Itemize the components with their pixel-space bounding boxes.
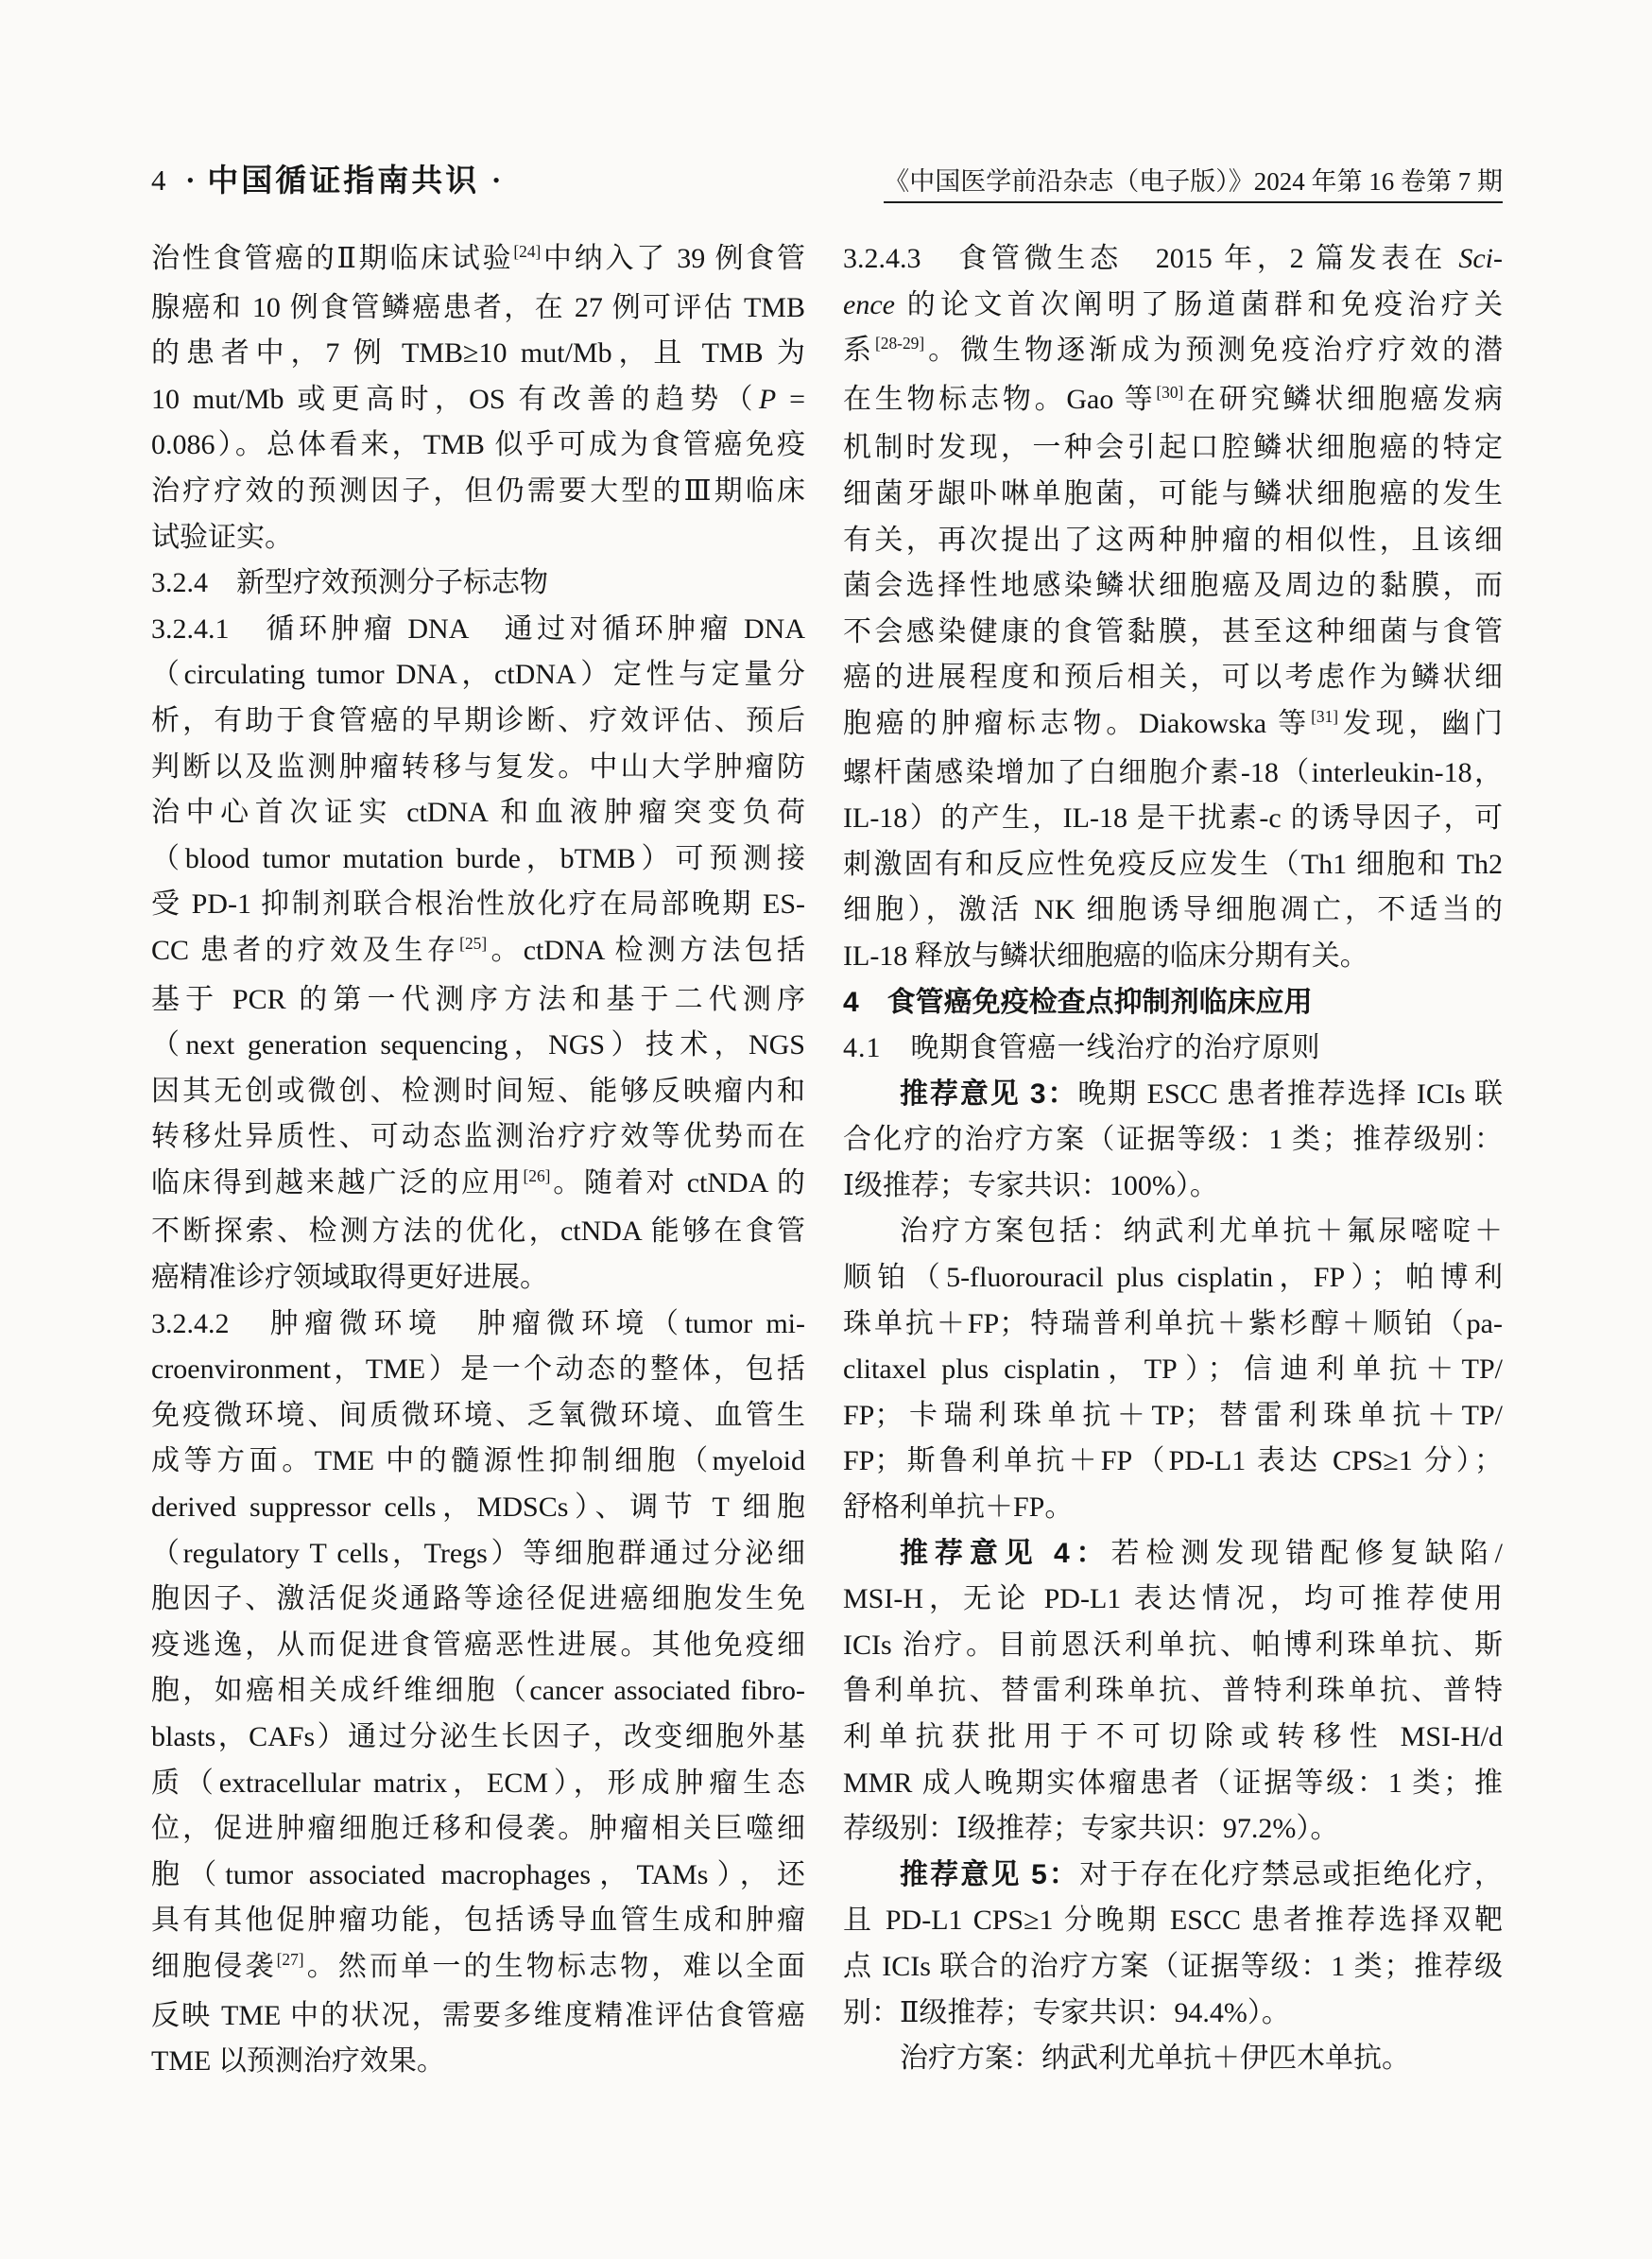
text-line: croenvironment，TME）是一个动态的整体，包括 [151, 1347, 805, 1393]
text-line: 胞（tumor associated macrophages，TAMs），还 [151, 1853, 805, 1899]
text-segment: 10 mut/Mb 或更高时，OS 有改善的趋势（ [151, 384, 759, 415]
text-segment: 若检测发现错配修复缺陷/ [1111, 1538, 1504, 1569]
text-segment: MSI-H，无论 PD-L1 表达情况，均可推荐使用 [843, 1583, 1503, 1614]
text-line: 试验证实。 [151, 515, 805, 561]
citation-superscript: [30] [1156, 383, 1183, 402]
text-line: 不会感染健康的食管黏膜，甚至这种细菌与食管 [843, 610, 1503, 656]
text-line: 质（extracellular matrix，ECM），形成肿瘤生态 [151, 1761, 805, 1807]
text-line: IL-18 释放与鳞状细胞癌的临床分期有关。 [843, 934, 1503, 980]
text-segment: 机制时发现，一种会引起口腔鳞状细胞癌的特定 [843, 432, 1503, 463]
text-line: IL-18）的产生，IL-18 是干扰素-c 的诱导因子，可 [843, 796, 1503, 842]
text-segment: 免疫微环境、间质微环境、乏氧微环境、血管生 [151, 1400, 805, 1431]
text-segment: 晚期 ESCC 患者推荐选择 ICIs 联 [1077, 1078, 1503, 1110]
text-segment: ICIs 治疗。目前恩沃利单抗、帕博利珠单抗、斯 [843, 1630, 1503, 1661]
text-line: CC 患者的疗效及生存[25]。ctDNA 检测方法包括 [151, 928, 805, 977]
text-segment: 且 PD-L1 CPS≥1 分晚期 ESCC 患者推荐选择双靶 [843, 1905, 1503, 1936]
bullet-icon: • [492, 168, 500, 193]
text-segment: FP；斯鲁利单抗＋FP（PD-L1 表达 CPS≥1 分）； [843, 1445, 1503, 1476]
citation-superscript: [28-29] [875, 334, 924, 353]
text-line: FP；斯鲁利单抗＋FP（PD-L1 表达 CPS≥1 分）； [843, 1439, 1503, 1485]
text-line: MMR 成人晚期实体瘤患者（证据等级：1 类；推 [843, 1761, 1503, 1807]
text-segment: （regulatory T cells，Tregs）等细胞群通过分泌细 [151, 1538, 805, 1569]
text-segment: 合化疗的治疗方案（证据等级：1 类；推荐级别： [843, 1124, 1503, 1155]
text-segment: 点 ICIs 联合的治疗方案（证据等级：1 类；推荐级 [843, 1951, 1503, 1982]
text-segment: blasts，CAFs）通过分泌生长因子，改变细胞外基 [151, 1721, 805, 1752]
citation-superscript: [25] [459, 934, 487, 953]
text-line: （blood tumor mutation burde，bTMB）可预测接 [151, 836, 805, 883]
text-segment: IL-18 释放与鳞状细胞癌的临床分期有关。 [843, 940, 1368, 972]
text-segment: 3.2.4 新型疗效预测分子标志物 [151, 567, 548, 598]
text-line: 合化疗的治疗方案（证据等级：1 类；推荐级别： [843, 1117, 1503, 1164]
text-segment: 胞癌的肿瘤标志物。Diakowska 等 [843, 708, 1311, 739]
section-heading: 4 食管癌免疫检查点抑制剂临床应用 [843, 980, 1503, 1026]
text-line: 胞，如癌相关成纤维细胞（cancer associated fibro- [151, 1668, 805, 1715]
journal-page: 4 • 中国循证指南共识 • 《中国医学前沿杂志（电子版）》2024 年第 16… [0, 0, 1652, 2259]
text-line: 舒格利单抗＋FP。 [843, 1485, 1503, 1531]
text-segment: 。随着对 ctNDA 的 [550, 1167, 805, 1198]
text-line: 的患者中，7 例 TMB≥10 mut/Mb，且 TMB 为 [151, 331, 805, 377]
text-segment: 。然而单一的生物标志物，难以全面 [304, 1951, 805, 1982]
left-column: 治性食管癌的Ⅱ期临床试验[24]中纳入了 39 例食管腺癌和 10 例食管鳞癌患… [151, 236, 805, 2085]
text-line: 不断探索、检测方法的优化，ctNDA 能够在食管 [151, 1209, 805, 1255]
text-segment: 的论文首次阐明了肠道菌群和免疫治疗关 [895, 289, 1503, 320]
text-segment: 治疗疗效的预测因子，但仍需要大型的Ⅲ期临床 [151, 475, 805, 507]
text-line: 机制时发现，一种会引起口腔鳞状细胞癌的特定 [843, 425, 1503, 472]
text-line: 且 PD-L1 CPS≥1 分晚期 ESCC 患者推荐选择双靶 [843, 1898, 1503, 1944]
bold-text: 4 食管癌免疫检查点抑制剂临床应用 [843, 987, 1313, 1018]
text-line: blasts，CAFs）通过分泌生长因子，改变细胞外基 [151, 1715, 805, 1761]
text-line: 成等方面。TME 中的髓源性抑制细胞（myeloid [151, 1439, 805, 1485]
text-segment: 受 PD-1 抑制剂联合根治性放化疗在局部晚期 ES- [151, 888, 805, 920]
page-number: 4 [151, 164, 166, 198]
text-line: 疫逃逸，从而促进食管癌恶性进展。其他免疫细 [151, 1623, 805, 1669]
italic-text: Sci- [1458, 243, 1503, 274]
text-segment: 癌的进展程度和预后相关，可以考虑作为鳞状细 [843, 662, 1503, 693]
text-line: （next generation sequencing，NGS）技术，NGS [151, 1023, 805, 1069]
text-segment: 因其无创或微创、检测时间短、能够反映瘤内和 [151, 1076, 805, 1107]
text-segment: 3.2.4.3 食管微生态 2015 年，2 篇发表在 [843, 243, 1458, 274]
text-line: 0.086）。总体看来，TMB 似乎可成为食管癌免疫 [151, 422, 805, 469]
text-segment: 利单抗获批用于不可切除或转移性 MSI-H/d [843, 1721, 1503, 1752]
text-line: 在生物标志物。Gao 等[30]在研究鳞状细胞癌发病 [843, 377, 1503, 426]
bold-text: 推荐意见 3： [900, 1078, 1077, 1110]
text-segment: 具有其他促肿瘤功能，包括诱导血管生成和肿瘤 [151, 1905, 805, 1936]
text-segment: 0.086）。总体看来，TMB 似乎可成为食管癌免疫 [151, 429, 805, 460]
text-segment: 成等方面。TME 中的髓源性抑制细胞（myeloid [151, 1445, 805, 1476]
text-segment: 对于存在化疗禁忌或拒绝化疗， [1079, 1859, 1503, 1890]
column-section-title: 中国循证指南共识 [207, 163, 479, 198]
text-segment: 基于 PCR 的第一代测序方法和基于二代测序 [151, 984, 805, 1015]
text-line: 析，有助于食管癌的早期诊断、疗效评估、预后 [151, 698, 805, 745]
text-line: 推荐意见 4：若检测发现错配修复缺陷/ [843, 1531, 1503, 1578]
citation-superscript: [24] [513, 242, 541, 261]
text-line: clitaxel plus cisplatin，TP）；信迪利单抗＋TP/ [843, 1347, 1503, 1393]
text-line: 反映 TME 中的状况，需要多维度精准评估食管癌 [151, 1993, 805, 2040]
text-segment: derived suppressor cells，MDSCs）、调节 T 细胞 [151, 1492, 805, 1523]
text-segment: IL-18）的产生，IL-18 是干扰素-c 的诱导因子，可 [843, 802, 1503, 834]
bold-text: 推荐意见 4： [900, 1538, 1111, 1569]
text-line: FP；卡瑞利珠单抗＋TP；替雷利珠单抗＋TP/ [843, 1393, 1503, 1440]
text-line: 判断以及监测肿瘤转移与复发。中山大学肿瘤防 [151, 745, 805, 791]
text-segment: 临床得到越来越广泛的应用 [151, 1167, 523, 1198]
text-segment: （blood tumor mutation burde，bTMB）可预测接 [151, 843, 805, 874]
text-segment: TME 以预测治疗效果。 [151, 2045, 445, 2077]
text-segment: （next generation sequencing，NGS）技术，NGS [151, 1029, 805, 1061]
text-line: 临床得到越来越广泛的应用[26]。随着对 ctNDA 的 [151, 1161, 805, 1210]
text-line: 细胞），激活 NK 细胞诱导细胞凋亡，不适当的 [843, 888, 1503, 934]
text-line: 细胞侵袭[27]。然而单一的生物标志物，难以全面 [151, 1944, 805, 1993]
text-line: （regulatory T cells，Tregs）等细胞群通过分泌细 [151, 1531, 805, 1578]
text-line: 推荐意见 5：对于存在化疗禁忌或拒绝化疗， [843, 1853, 1503, 1899]
text-segment: 癌精准诊疗领域取得更好进展。 [151, 1262, 548, 1293]
text-line: 菌会选择性地感染鳞状细胞癌及周边的黏膜，而 [843, 563, 1503, 610]
text-line: 转移灶异质性、可动态监测治疗疗效等优势而在 [151, 1114, 805, 1161]
text-line: ICIs 治疗。目前恩沃利单抗、帕博利珠单抗、斯 [843, 1623, 1503, 1669]
text-segment: 治性食管癌的Ⅱ期临床试验 [151, 243, 513, 274]
text-segment: FP；卡瑞利珠单抗＋TP；替雷利珠单抗＋TP/ [843, 1400, 1503, 1431]
text-segment: 在生物标志物。Gao 等 [843, 384, 1156, 415]
text-line: 螺杆菌感染增加了白细胞介素-18（interleukin-18， [843, 750, 1503, 797]
text-line: 细菌牙龈卟啉单胞菌，可能与鳞状细胞癌的发生 [843, 472, 1503, 518]
text-segment: 胞，如癌相关成纤维细胞（cancer associated fibro- [151, 1675, 805, 1706]
page-header-left: 4 • 中国循证指南共识 • [151, 163, 500, 198]
text-segment: Ⅰ级推荐；专家共识：100%）。 [843, 1170, 1218, 1201]
text-segment: 不断探索、检测方法的优化，ctNDA 能够在食管 [151, 1216, 805, 1247]
text-line: 具有其他促肿瘤功能，包括诱导血管生成和肿瘤 [151, 1898, 805, 1944]
text-segment: 胞因子、激活促炎通路等途径促进癌细胞发生免 [151, 1583, 805, 1614]
text-segment: croenvironment，TME）是一个动态的整体，包括 [151, 1354, 805, 1385]
text-segment: 判断以及监测肿瘤转移与复发。中山大学肿瘤防 [151, 751, 805, 783]
text-line: 荐级别：Ⅰ级推荐；专家共识：97.2%）。 [843, 1806, 1503, 1853]
italic-text: ence [843, 289, 895, 320]
italic-text: P [759, 384, 776, 415]
text-line: 癌的进展程度和预后相关，可以考虑作为鳞状细 [843, 655, 1503, 701]
citation-superscript: [31] [1311, 707, 1338, 726]
text-line: 胞因子、激活促炎通路等途径促进癌细胞发生免 [151, 1577, 805, 1623]
text-segment: 治中心首次证实 ctDNA 和血液肿瘤突变负荷 [151, 797, 805, 828]
text-line: 别：Ⅱ级推荐；专家共识：94.4%）。 [843, 1991, 1503, 2037]
text-line: TME 以预测治疗效果。 [151, 2039, 805, 2085]
text-line: 系[28-29]。微生物逐渐成为预测免疫治疗疗效的潜 [843, 328, 1503, 377]
text-line: 受 PD-1 抑制剂联合根治性放化疗在局部晚期 ES- [151, 882, 805, 928]
text-line: derived suppressor cells，MDSCs）、调节 T 细胞 [151, 1485, 805, 1531]
text-line: 基于 PCR 的第一代测序方法和基于二代测序 [151, 977, 805, 1024]
text-line: 治疗疗效的预测因子，但仍需要大型的Ⅲ期临床 [151, 469, 805, 515]
text-segment: 螺杆菌感染增加了白细胞介素-18（interleukin-18， [843, 757, 1503, 788]
text-segment: = [776, 384, 805, 415]
text-segment: 细菌牙龈卟啉单胞菌，可能与鳞状细胞癌的发生 [843, 478, 1503, 509]
text-segment: 试验证实。 [151, 522, 293, 553]
text-segment: （circulating tumor DNA，ctDNA）定性与定量分 [151, 659, 805, 690]
text-segment: 位，促进肿瘤细胞迁移和侵袭。肿瘤相关巨噬细 [151, 1813, 805, 1844]
text-segment: 。ctDNA 检测方法包括 [487, 935, 805, 966]
citation-superscript: [26] [523, 1166, 550, 1185]
text-segment: 转移灶异质性、可动态监测治疗疗效等优势而在 [151, 1121, 805, 1152]
text-line: （circulating tumor DNA，ctDNA）定性与定量分 [151, 652, 805, 698]
text-line: 治中心首次证实 ctDNA 和血液肿瘤突变负荷 [151, 790, 805, 836]
text-segment: 质（extracellular matrix，ECM），形成肿瘤生态 [151, 1768, 805, 1799]
citation-superscript: [27] [277, 1950, 304, 1969]
text-segment: 发现，幽门 [1338, 708, 1503, 739]
text-segment: 在研究鳞状细胞癌发病 [1183, 384, 1503, 415]
text-segment: 的患者中，7 例 TMB≥10 mut/Mb，且 TMB 为 [151, 337, 805, 369]
text-segment: 。微生物逐渐成为预测免疫治疗疗效的潜 [924, 335, 1503, 366]
text-line: 推荐意见 3：晚期 ESCC 患者推荐选择 ICIs 联 [843, 1072, 1503, 1118]
text-line: 腺癌和 10 例食管鳞癌患者，在 27 例可评估 TMB [151, 285, 805, 332]
text-segment: 治疗方案：纳武利尤单抗＋伊匹木单抗。 [900, 2043, 1410, 2074]
text-segment: 菌会选择性地感染鳞状细胞癌及周边的黏膜，而 [843, 570, 1503, 601]
text-segment: 中纳入了 39 例食管 [541, 243, 805, 274]
text-line: 3.2.4.3 食管微生态 2015 年，2 篇发表在 Sci- [843, 236, 1503, 283]
text-line: 位，促进肿瘤细胞迁移和侵袭。肿瘤相关巨噬细 [151, 1806, 805, 1853]
text-line: 治疗方案：纳武利尤单抗＋伊匹木单抗。 [843, 2036, 1503, 2082]
text-line: ence 的论文首次阐明了肠道菌群和免疫治疗关 [843, 283, 1503, 329]
text-line: Ⅰ级推荐；专家共识：100%）。 [843, 1164, 1503, 1210]
text-line: 鲁利单抗、替雷利珠单抗、普特利珠单抗、普特 [843, 1668, 1503, 1715]
text-line: 10 mut/Mb 或更高时，OS 有改善的趋势（P = [151, 377, 805, 423]
text-line: 癌精准诊疗领域取得更好进展。 [151, 1255, 805, 1302]
text-segment: 系 [843, 335, 875, 366]
text-segment: 有关，再次提出了这两种肿瘤的相似性，且该细 [843, 525, 1503, 556]
subsection-heading: 4.1 晚期食管癌一线治疗的治疗原则 [843, 1026, 1503, 1072]
text-line: MSI-H，无论 PD-L1 表达情况，均可推荐使用 [843, 1577, 1503, 1623]
text-segment: 3.2.4.2 肿瘤微环境 肿瘤微环境（tumor mi- [151, 1308, 805, 1339]
text-line: 因其无创或微创、检测时间短、能够反映瘤内和 [151, 1069, 805, 1115]
text-segment: 腺癌和 10 例食管鳞癌患者，在 27 例可评估 TMB [151, 292, 805, 323]
text-line: 点 ICIs 联合的治疗方案（证据等级：1 类；推荐级 [843, 1944, 1503, 1991]
text-segment: 鲁利单抗、替雷利珠单抗、普特利珠单抗、普特 [843, 1675, 1503, 1706]
right-column: 3.2.4.3 食管微生态 2015 年，2 篇发表在 Sci-ence 的论文… [843, 236, 1503, 2082]
text-line: 利单抗获批用于不可切除或转移性 MSI-H/d [843, 1715, 1503, 1761]
text-segment: clitaxel plus cisplatin，TP）；信迪利单抗＋TP/ [843, 1354, 1503, 1385]
text-segment: 不会感染健康的食管黏膜，甚至这种细菌与食管 [843, 616, 1503, 647]
text-segment: 顺铂（5-fluorouracil plus cisplatin，FP）；帕博利 [843, 1262, 1503, 1293]
text-segment: 刺激固有和反应性免疫反应发生（Th1 细胞和 Th2 [843, 849, 1503, 880]
text-segment: 析，有助于食管癌的早期诊断、疗效评估、预后 [151, 705, 805, 736]
text-line: 3.2.4.1 循环肿瘤 DNA 通过对循环肿瘤 DNA [151, 607, 805, 653]
bold-text: 推荐意见 5： [900, 1859, 1079, 1890]
text-line: 珠单抗＋FP；特瑞普利单抗＋紫杉醇＋顺铂（pa- [843, 1302, 1503, 1348]
text-segment: 珠单抗＋FP；特瑞普利单抗＋紫杉醇＋顺铂（pa- [843, 1308, 1503, 1339]
text-segment: 胞（tumor associated macrophages，TAMs），还 [151, 1859, 805, 1890]
text-line: 治性食管癌的Ⅱ期临床试验[24]中纳入了 39 例食管 [151, 236, 805, 285]
text-segment: CC 患者的疗效及生存 [151, 935, 459, 966]
journal-issue-title: 《中国医学前沿杂志（电子版）》2024 年第 16 卷第 7 期 [884, 166, 1503, 203]
bullet-icon: • [187, 168, 195, 193]
text-segment: 4.1 晚期食管癌一线治疗的治疗原则 [843, 1032, 1321, 1063]
text-line: 顺铂（5-fluorouracil plus cisplatin，FP）；帕博利 [843, 1255, 1503, 1302]
text-segment: 疫逃逸，从而促进食管癌恶性进展。其他免疫细 [151, 1630, 805, 1661]
text-line: 有关，再次提出了这两种肿瘤的相似性，且该细 [843, 518, 1503, 564]
text-line: 治疗方案包括：纳武利尤单抗＋氟尿嘧啶＋ [843, 1209, 1503, 1255]
text-line: 刺激固有和反应性免疫反应发生（Th1 细胞和 Th2 [843, 842, 1503, 888]
text-line: 3.2.4.2 肿瘤微环境 肿瘤微环境（tumor mi- [151, 1302, 805, 1348]
text-segment: 细胞侵袭 [151, 1951, 277, 1982]
text-segment: MMR 成人晚期实体瘤患者（证据等级：1 类；推 [843, 1768, 1503, 1799]
text-segment: 治疗方案包括：纳武利尤单抗＋氟尿嘧啶＋ [900, 1216, 1503, 1247]
text-line: 胞癌的肿瘤标志物。Diakowska 等[31]发现，幽门 [843, 701, 1503, 750]
text-line: 免疫微环境、间质微环境、乏氧微环境、血管生 [151, 1393, 805, 1440]
text-segment: 舒格利单抗＋FP。 [843, 1492, 1073, 1523]
text-segment: 细胞），激活 NK 细胞诱导细胞凋亡，不适当的 [843, 894, 1503, 925]
text-segment: 反映 TME 中的状况，需要多维度精准评估食管癌 [151, 2000, 805, 2031]
text-segment: 别：Ⅱ级推荐；专家共识：94.4%）。 [843, 1997, 1290, 2028]
text-segment: 荐级别：Ⅰ级推荐；专家共识：97.2%）。 [843, 1813, 1338, 1844]
text-line: 3.2.4 新型疗效预测分子标志物 [151, 560, 805, 607]
text-segment: 3.2.4.1 循环肿瘤 DNA 通过对循环肿瘤 DNA [151, 613, 805, 645]
